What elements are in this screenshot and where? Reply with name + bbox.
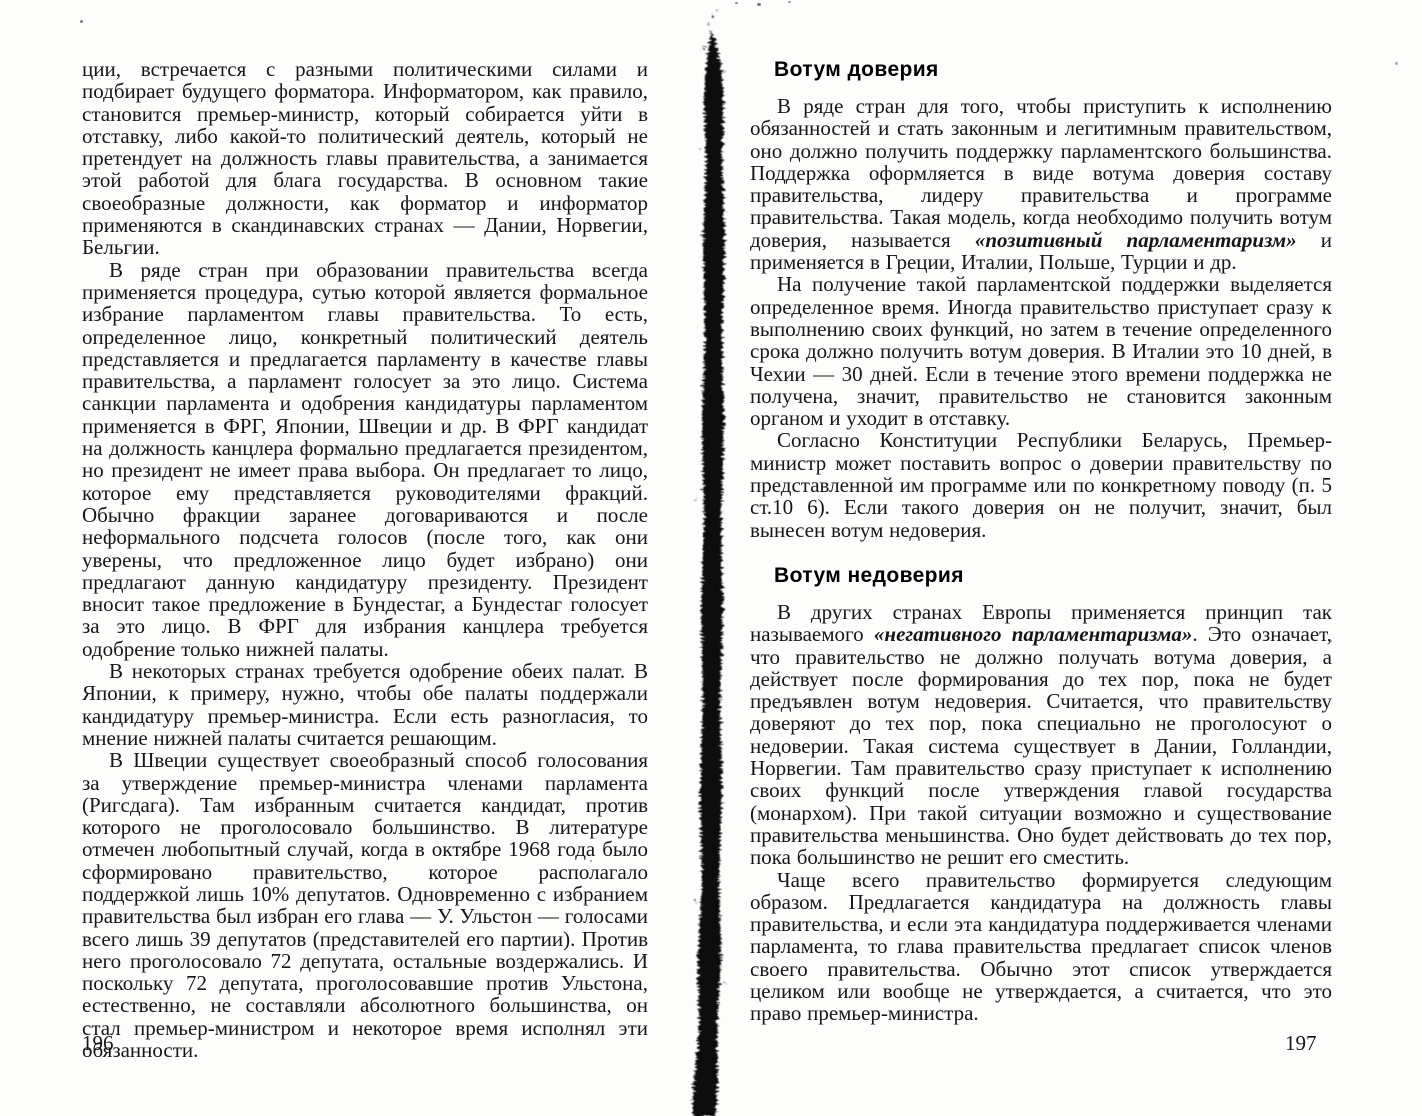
paragraph: В ряде стран для того, чтобы приступить … bbox=[750, 95, 1332, 273]
scan-speck bbox=[757, 3, 761, 6]
section-heading-votum-doveriya: Вотум доверия bbox=[774, 58, 1332, 82]
emphasized-term: «позитивный парламентаризм» bbox=[975, 228, 1297, 252]
scan-speck bbox=[590, 860, 592, 862]
page-number-right: 197 bbox=[1285, 1031, 1317, 1056]
paragraph: В Швеции существует своеобразный способ … bbox=[82, 749, 648, 1061]
emphasized-term: «негативного парламентаризма» bbox=[874, 622, 1192, 646]
book-scan: ции, встречается с разными политическими… bbox=[0, 0, 1422, 1116]
scan-speck bbox=[788, 1, 791, 3]
paragraph: В других странах Европы применяется прин… bbox=[750, 601, 1332, 869]
scan-speck bbox=[735, 2, 738, 4]
section-heading-votum-nedoveriya: Вотум недоверия bbox=[774, 564, 1332, 588]
left-page: ции, встречается с разными политическими… bbox=[82, 58, 648, 1061]
paragraph: В ряде стран при образовании правительст… bbox=[82, 259, 648, 660]
right-page: Вотум доверия В ряде стран для того, что… bbox=[750, 58, 1332, 1025]
paragraph: На получение такой парламентской поддерж… bbox=[750, 273, 1332, 429]
binding-gutter-shadow bbox=[670, 0, 810, 1116]
paragraph: Чаще всего правительство формируется сле… bbox=[750, 869, 1332, 1025]
scan-speck bbox=[80, 20, 83, 23]
scan-speck bbox=[1330, 640, 1332, 642]
page-number-left: 196 bbox=[82, 1031, 114, 1056]
paragraph: В некоторых странах требуется одобрение … bbox=[82, 660, 648, 749]
paragraph-text: . Это означает, что правительство не дол… bbox=[750, 622, 1332, 869]
paragraph: Согласно Конституции Республики Беларусь… bbox=[750, 429, 1332, 540]
scan-speck bbox=[1395, 62, 1398, 65]
paragraph: ции, встречается с разными политическими… bbox=[82, 58, 648, 259]
